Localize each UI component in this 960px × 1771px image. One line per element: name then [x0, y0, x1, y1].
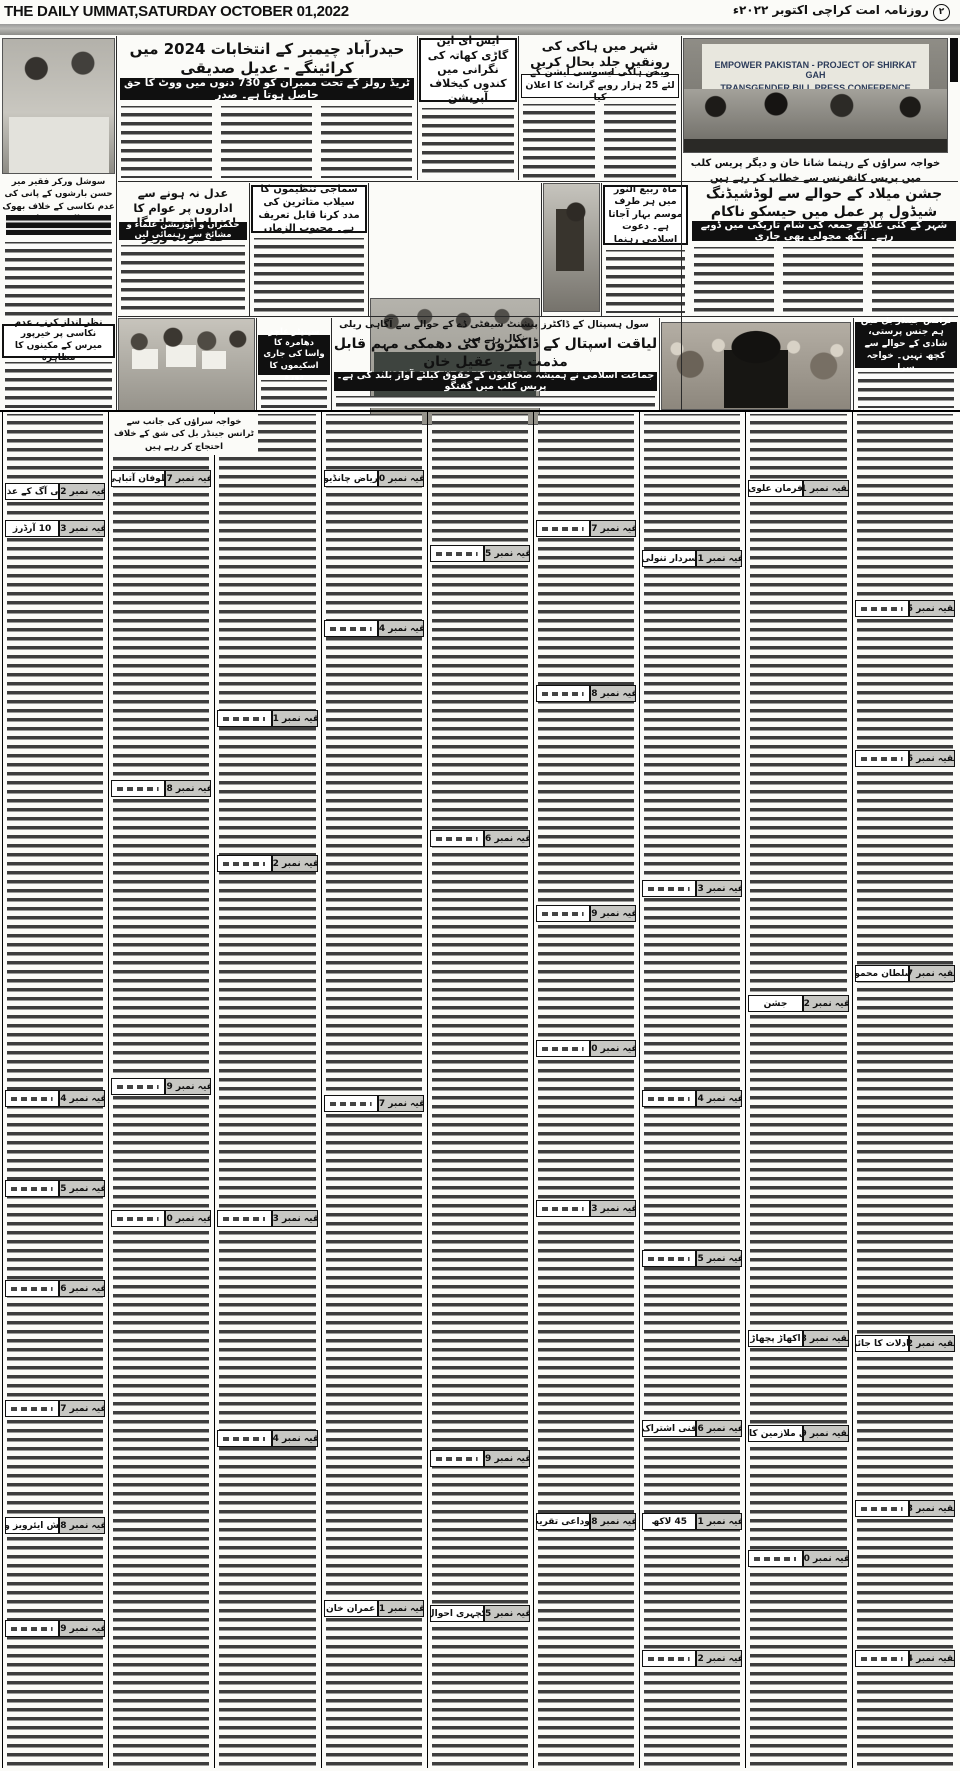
- flood-aid-headline: سماجی تنظیموں کا سیلاب متاثرین کی مدد کر…: [251, 185, 367, 233]
- continuation-number: بقیہ نمبر 45: [59, 1180, 105, 1197]
- classified-column-c5: بقیہ نمبر 25بقیہ نمبر 26بقیہ نمبر 29بقیہ…: [427, 412, 532, 1768]
- continuation-label: [855, 1500, 909, 1517]
- continuation-box-20: بقیہ نمبر 20: [536, 1040, 636, 1057]
- continuation-box-30: بقیہ نمبر 30ریاض چانڈیو: [324, 470, 424, 487]
- masthead-urdu: ۲ روزنامہ امت کراچی اکتوبر ۲۰۲۲ء: [733, 3, 954, 21]
- classified-column-c8: بقیہ نمبر 1فرمان علویبقیہ نمبر 12جشنبقیہ…: [745, 412, 850, 1768]
- continuation-box-4: بقیہ نمبر 4: [855, 1650, 955, 1667]
- continuation-label: [5, 1090, 59, 1107]
- rule: [518, 36, 519, 180]
- continuation-number: بقیہ نمبر 3: [909, 1500, 955, 1517]
- classified-column-text: [322, 412, 426, 1768]
- continuation-label: [324, 1095, 378, 1112]
- continuation-label: [430, 545, 484, 562]
- continuation-number: بقیہ نمبر 29: [484, 1450, 530, 1467]
- sen-operation-body: [419, 106, 517, 180]
- continuation-box-21: بقیہ نمبر 2145 لاکھ: [642, 1513, 742, 1530]
- chamber-headline: حیدرآباد چیمبر کے انتخابات 2024 میں کرائ…: [118, 40, 416, 78]
- continuation-number: بقیہ نمبر 38: [165, 780, 211, 797]
- continuation-box-28: بقیہ نمبر 28الوداعی تقریب: [536, 1513, 636, 1530]
- continuation-number: بقیہ نمبر 39: [165, 1078, 211, 1095]
- continuation-label: [855, 750, 909, 767]
- continuation-label: [536, 1040, 590, 1057]
- continuation-label: [536, 685, 590, 702]
- rule: [853, 318, 854, 410]
- rule: [417, 36, 418, 180]
- continuation-box-34: بقیہ نمبر 34: [217, 1430, 317, 1447]
- continuation-box-47: بقیہ نمبر 47: [5, 1400, 105, 1417]
- continuation-label: طوفان آتباہی: [111, 470, 165, 487]
- continuation-box-41: بقیہ نمبر 41عمران خان: [324, 1600, 424, 1617]
- continuation-box-7: بقیہ نمبر 7سلطان محمود: [855, 965, 955, 982]
- chamber-subheadline: ٹریڈ رولز کے تحت ممبران کو 730 دنوں میں …: [120, 78, 414, 100]
- continuation-label: 45 لاکھ: [642, 1513, 696, 1530]
- continuation-box-26: بقیہ نمبر 26: [430, 830, 530, 847]
- continuation-box-19: بقیہ نمبر 19: [536, 905, 636, 922]
- press-conference-table: [684, 139, 947, 152]
- continuation-number: بقیہ نمبر 14: [696, 1090, 742, 1107]
- continuation-label: [111, 780, 165, 797]
- continuation-number: بقیہ نمبر 13: [696, 880, 742, 897]
- rule: [541, 183, 542, 316]
- classified-column-c7: بقیہ نمبر 11سردار تنولیبقیہ نمبر 13بقیہ …: [639, 412, 744, 1768]
- continuation-label: [855, 1650, 909, 1667]
- continuation-box-32: بقیہ نمبر 32: [217, 855, 317, 872]
- loadshedding-body-col: [691, 245, 777, 315]
- left-column-kicker-box: [2, 212, 115, 238]
- continuation-label: اکھاڑ پچھاڑ: [748, 1330, 802, 1347]
- justice-body: [118, 243, 248, 315]
- continuation-box-49: بقیہ نمبر 49: [5, 1620, 105, 1637]
- continuation-box-48: بقیہ نمبر 48برٹش ایئرویز والے: [5, 1517, 105, 1534]
- continuation-box-9: بقیہ نمبر 9وفاقی ملازمین کا اعلان: [748, 1425, 848, 1442]
- continuation-label: پانی آگ کے عذاب: [5, 483, 59, 500]
- continuation-number: بقیہ نمبر 5: [909, 600, 955, 617]
- continuation-number: بقیہ نمبر 25: [484, 545, 530, 562]
- rabi-spring-body: [603, 248, 688, 315]
- continuation-label: [430, 830, 484, 847]
- continuation-box-44: بقیہ نمبر 44: [5, 1090, 105, 1107]
- continuation-number: بقیہ نمبر 1: [803, 480, 849, 497]
- continuation-box-43: بقیہ نمبر 4310 آرڈرز: [5, 520, 105, 537]
- continuation-label: برٹش ایئرویز والے: [5, 1517, 59, 1534]
- flood-aid-body: [251, 236, 367, 315]
- newspaper-page: THE DAILY UMMAT,SATURDAY OCTOBER 01,2022…: [0, 0, 960, 1771]
- continuation-box-10: بقیہ نمبر 10: [748, 1550, 848, 1567]
- continuation-number: بقیہ نمبر 48: [59, 1517, 105, 1534]
- continuation-box-37: بقیہ نمبر 37طوفان آتباہی: [111, 470, 211, 487]
- continuation-box-23: بقیہ نمبر 23: [536, 1200, 636, 1217]
- continuation-number: بقیہ نمبر 19: [590, 905, 636, 922]
- rabi-spring-headline: ماہ ربیع النور میں ہر طرف موسم بہار آجات…: [603, 185, 688, 245]
- sen-operation-headline: ایس ای این گاڑی کھاتہ کی نگرانی میں کندو…: [419, 38, 517, 102]
- continuation-label: ریاض چانڈیو: [324, 470, 378, 487]
- continuation-box-35: بقیہ نمبر 35کچہری احوال: [430, 1605, 530, 1622]
- continuation-label: [430, 1450, 484, 1467]
- rule: [659, 318, 660, 410]
- classified-column-c4: بقیہ نمبر 30ریاض چانڈیوبقیہ نمبر 24بقیہ …: [321, 412, 426, 1768]
- continuation-box-12: بقیہ نمبر 12جشن: [748, 995, 848, 1012]
- continuation-number: بقیہ نمبر 44: [59, 1090, 105, 1107]
- continuation-number: بقیہ نمبر 17: [590, 520, 636, 537]
- left-column-body: [2, 240, 115, 320]
- rule: [116, 36, 117, 410]
- justice-subheadline: حکمراں و اپوزیشن علماء و مشائخ سے رہنمائ…: [119, 222, 247, 240]
- continuation-number: بقیہ نمبر 28: [590, 1513, 636, 1530]
- continuation-number: بقیہ نمبر 22: [696, 1650, 742, 1667]
- rule: [118, 316, 958, 317]
- podium-photo: [543, 183, 600, 312]
- continuation-number: بقیہ نمبر 8: [803, 1330, 849, 1347]
- continuation-box-31: بقیہ نمبر 31: [217, 710, 317, 727]
- continuation-number: بقیہ نمبر 40: [165, 1210, 211, 1227]
- page-number-badge: ۲: [933, 4, 950, 21]
- continuation-box-5: بقیہ نمبر 5: [855, 600, 955, 617]
- rule: [256, 318, 257, 410]
- khairpur-protest-body: [2, 360, 115, 410]
- continuation-box-15: بقیہ نمبر 15: [642, 1250, 742, 1267]
- continuation-label: [642, 1650, 696, 1667]
- continuation-number: بقیہ نمبر 16: [696, 1420, 742, 1437]
- continuation-number: بقیہ نمبر 12: [803, 995, 849, 1012]
- hockey-subheadline: ویمن ہاکی ایسوسی ایشن کے لئے 25 ہزار روپ…: [521, 74, 679, 98]
- continuation-label: [642, 1090, 696, 1107]
- continuation-label: سلطان محمود: [855, 965, 909, 982]
- continuation-label: [217, 710, 271, 727]
- continuation-label: [5, 1180, 59, 1197]
- continuation-number: بقیہ نمبر 34: [272, 1430, 318, 1447]
- senator-visit-headline: سینیٹر عاجز دھامرہ کا واسا کی جاری اسکیم…: [258, 335, 330, 375]
- continuation-box-3: بقیہ نمبر 3: [855, 1500, 955, 1517]
- continuation-number: بقیہ نمبر 42: [59, 483, 105, 500]
- transgender-bill-headline: ٹرانس جینڈر بل میں ہم جنس پرستی، شادی کے…: [855, 322, 957, 368]
- continuation-box-22: بقیہ نمبر 22: [642, 1650, 742, 1667]
- continuation-label: الوداعی تقریب: [536, 1513, 590, 1530]
- continuation-number: بقیہ نمبر 32: [272, 855, 318, 872]
- continuation-label: تبادلات کا جائزہ: [855, 1335, 909, 1352]
- loadshedding-headline: جشن میلاد کے حوالے سے لوڈشیڈنگ شیڈول پر …: [691, 186, 957, 222]
- continuation-label: [855, 600, 909, 617]
- continuation-label: 10 آرڈرز: [5, 520, 59, 537]
- continuation-box-11: بقیہ نمبر 11سردار تنولی: [642, 550, 742, 567]
- continuation-box-27: بقیہ نمبر 27: [324, 1095, 424, 1112]
- continuation-box-42: بقیہ نمبر 42پانی آگ کے عذاب: [5, 483, 105, 500]
- continuation-label: فرمان علوی: [748, 480, 802, 497]
- continuation-box-14: بقیہ نمبر 14: [642, 1090, 742, 1107]
- banner-line1: EMPOWER PAKISTAN - PROJECT OF SHIRKAT GA…: [704, 60, 926, 80]
- continuation-label: [217, 855, 271, 872]
- continuation-number: بقیہ نمبر 20: [590, 1040, 636, 1057]
- continuation-number: بقیہ نمبر 33: [272, 1210, 318, 1227]
- continuation-number: بقیہ نمبر 9: [803, 1425, 849, 1442]
- continuation-number: بقیہ نمبر 18: [590, 685, 636, 702]
- classified-column-c1: بقیہ نمبر 42پانی آگ کے عذاببقیہ نمبر 431…: [2, 412, 107, 1768]
- continuation-box-18: بقیہ نمبر 18: [536, 685, 636, 702]
- continuation-label: [536, 1200, 590, 1217]
- continuation-box-13: بقیہ نمبر 13: [642, 880, 742, 897]
- continuation-number: بقیہ نمبر 41: [378, 1600, 424, 1617]
- chamber-body-col: [318, 104, 415, 180]
- hunger-strike-photo: [2, 38, 115, 174]
- rule: [118, 181, 958, 182]
- continuation-box-8: بقیہ نمبر 8اکھاڑ پچھاڑ: [748, 1330, 848, 1347]
- continuation-number: بقیہ نمبر 35: [484, 1605, 530, 1622]
- continuation-box-38: بقیہ نمبر 38: [111, 780, 211, 797]
- continuation-label: [324, 620, 378, 637]
- continuation-label: [536, 520, 590, 537]
- continuation-number: بقیہ نمبر 49: [59, 1620, 105, 1637]
- continuation-number: بقیہ نمبر 6: [909, 750, 955, 767]
- continuation-number: بقیہ نمبر 30: [378, 470, 424, 487]
- loadshedding-body-col: [780, 245, 866, 315]
- continuation-box-16: بقیہ نمبر 16فنی اشتراک: [642, 1420, 742, 1437]
- liaquat-body: [333, 394, 658, 410]
- continuation-number: بقیہ نمبر 23: [590, 1200, 636, 1217]
- continuation-number: بقیہ نمبر 11: [696, 550, 742, 567]
- continuation-label: سردار تنولی: [642, 550, 696, 567]
- continuation-box-24: بقیہ نمبر 24: [324, 620, 424, 637]
- continuation-label: [5, 1400, 59, 1417]
- rule: [601, 183, 602, 316]
- flood-family-photo: [661, 322, 851, 410]
- continuation-box-1: بقیہ نمبر 1فرمان علوی: [748, 480, 848, 497]
- edge-mark: [950, 38, 958, 82]
- rule: [249, 183, 250, 316]
- rule: [331, 318, 332, 410]
- transgender-bill-body: [855, 370, 957, 410]
- continuation-number: بقیہ نمبر 21: [696, 1513, 742, 1530]
- senator-visit-body: [258, 378, 330, 410]
- continuation-label: [642, 880, 696, 897]
- continuation-number: بقیہ نمبر 43: [59, 520, 105, 537]
- continuation-number: بقیہ نمبر 24: [378, 620, 424, 637]
- liaquat-subheadline: جماعت اسلامی نے ہمیشہ صحافیوں کے حقوق کی…: [334, 372, 657, 391]
- classified-column-c3: بقیہ نمبر 31بقیہ نمبر 32بقیہ نمبر 33بقیہ…: [214, 412, 319, 1768]
- classified-column-text: [215, 412, 319, 1768]
- continuation-box-29: بقیہ نمبر 29: [430, 1450, 530, 1467]
- classified-column-text: [428, 412, 532, 1768]
- continuation-box-46: بقیہ نمبر 46: [5, 1280, 105, 1297]
- khairpur-protest-headline: نظر انداز کرنے، عدم نکاسی پر خیرپور میرس…: [2, 324, 115, 358]
- chamber-body-col: [118, 104, 215, 180]
- continuation-box-2: بقیہ نمبر 2تبادلات کا جائزہ: [855, 1335, 955, 1352]
- continuation-box-17: بقیہ نمبر 17: [536, 520, 636, 537]
- continuation-number: بقیہ نمبر 31: [272, 710, 318, 727]
- transgender-protest-caption: خواجہ سراؤں کی جانب سے ٹرانس جینڈر بل کی…: [110, 414, 258, 455]
- press-conference-people: [684, 89, 947, 139]
- continuation-label: [642, 1250, 696, 1267]
- continuation-box-6: بقیہ نمبر 6: [855, 750, 955, 767]
- continuation-box-45: بقیہ نمبر 45: [5, 1180, 105, 1197]
- continuation-number: بقیہ نمبر 26: [484, 830, 530, 847]
- continuation-label: [111, 1210, 165, 1227]
- continuation-number: بقیہ نمبر 4: [909, 1650, 955, 1667]
- continuation-label: کچہری احوال: [430, 1605, 484, 1622]
- classified-column-c6: بقیہ نمبر 17بقیہ نمبر 18بقیہ نمبر 19بقیہ…: [533, 412, 638, 1768]
- liaquat-headline: لیاقت اسپتال کے ڈاکٹروں کی دھمکی مہم قاب…: [333, 336, 658, 372]
- continuation-number: بقیہ نمبر 37: [165, 470, 211, 487]
- continuation-label: [111, 1078, 165, 1095]
- continuation-number: بقیہ نمبر 7: [909, 965, 955, 982]
- continuation-number: بقیہ نمبر 47: [59, 1400, 105, 1417]
- continuation-box-25: بقیہ نمبر 25: [430, 545, 530, 562]
- continuation-box-39: بقیہ نمبر 39: [111, 1078, 211, 1095]
- continuation-label: فنی اشتراک: [642, 1420, 696, 1437]
- continuation-label: [536, 905, 590, 922]
- hockey-body-col: [520, 102, 598, 180]
- rule: [681, 36, 682, 410]
- classifieds: بقیہ نمبر 42پانی آگ کے عذاببقیہ نمبر 431…: [0, 412, 960, 1771]
- loadshedding-body-col: [869, 245, 957, 315]
- continuation-label: جشن: [748, 995, 802, 1012]
- chamber-body-col: [218, 104, 315, 180]
- continuation-label: [748, 1550, 802, 1567]
- continuation-label: [217, 1210, 271, 1227]
- continuation-number: بقیہ نمبر 15: [696, 1250, 742, 1267]
- continuation-box-33: بقیہ نمبر 33: [217, 1210, 317, 1227]
- press-conference-photo: EMPOWER PAKISTAN - PROJECT OF SHIRKAT GA…: [683, 38, 948, 153]
- classified-column-c2: بقیہ نمبر 37طوفان آتباہیبقیہ نمبر 38بقیہ…: [108, 412, 213, 1768]
- classified-column-text: [534, 412, 638, 1768]
- loadshedding-subheadline: شہر کے کئی علاقے جمعہ کی شام تاریکی میں …: [692, 221, 956, 241]
- rule: [368, 183, 369, 316]
- continuation-label: وفاقی ملازمین کا اعلان: [748, 1425, 802, 1442]
- continuation-label: [217, 1430, 271, 1447]
- continuation-label: [5, 1280, 59, 1297]
- classified-column-c9: بقیہ نمبر 5بقیہ نمبر 6بقیہ نمبر 7سلطان م…: [852, 412, 957, 1768]
- continuation-label: [5, 1620, 59, 1637]
- continuation-number: بقیہ نمبر 10: [803, 1550, 849, 1567]
- continuation-number: بقیہ نمبر 27: [378, 1095, 424, 1112]
- continuation-box-40: بقیہ نمبر 40: [111, 1210, 211, 1227]
- continuation-label: عمران خان: [324, 1600, 378, 1617]
- continuation-number: بقیہ نمبر 46: [59, 1280, 105, 1297]
- masthead-english: THE DAILY UMMAT,SATURDAY OCTOBER 01,2022: [4, 3, 349, 20]
- masthead-urdu-text: روزنامہ امت کراچی اکتوبر ۲۰۲۲ء: [733, 3, 929, 17]
- transgender-protest-photo: [118, 318, 255, 411]
- continuation-number: بقیہ نمبر 2: [909, 1335, 955, 1352]
- hockey-body-col: [601, 102, 679, 180]
